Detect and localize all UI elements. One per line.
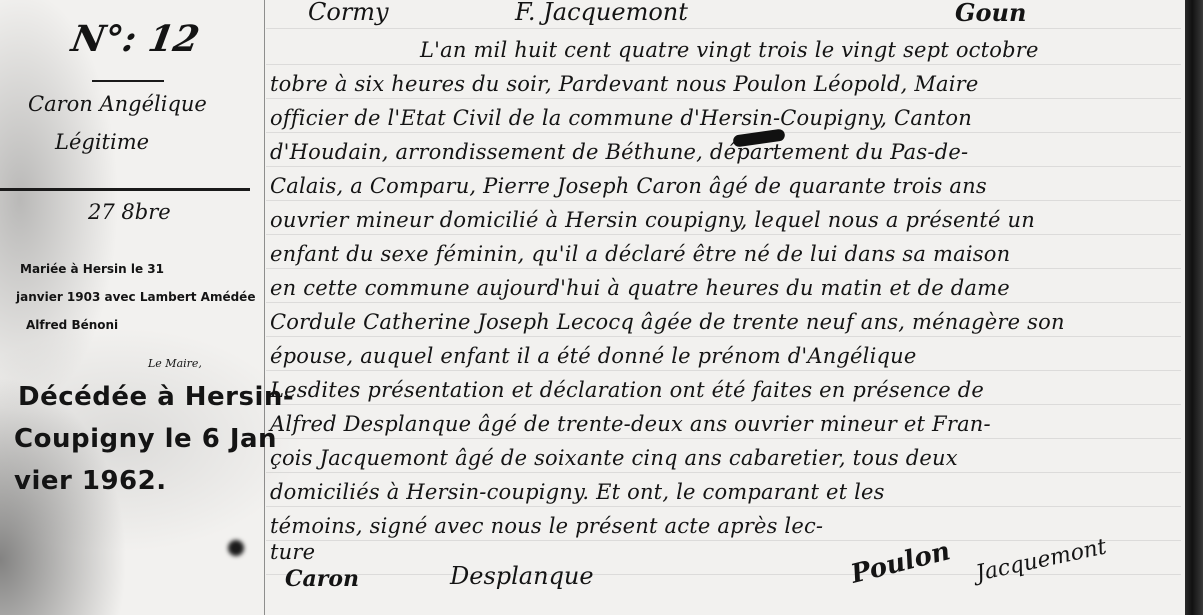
body-line-1: L'an mil huit cent quatre vingt trois le… [420, 38, 1039, 62]
child-name: Caron Angélique [28, 92, 207, 116]
body-line-9: Cordule Catherine Joseph Lecocq âgée de … [270, 310, 1065, 334]
top-signature-goun: Goun [955, 0, 1026, 27]
body-line-3: officier de l'Etat Civil de la commune d… [270, 106, 972, 130]
marriage-note-line: Alfred Bénoni [26, 318, 118, 332]
ruled-line [266, 200, 1181, 201]
entry-number: N°: 12 [68, 18, 202, 60]
ruled-line [266, 370, 1181, 371]
signature-jacquemont: Jacquemont [974, 534, 1109, 586]
ruled-line [266, 234, 1181, 235]
entry-number-underline [92, 80, 164, 82]
ruled-line [266, 268, 1181, 269]
ruled-line [266, 574, 1181, 575]
top-signature-jacquemont: F. Jacquemont [515, 0, 688, 26]
body-line-10: épouse, auquel enfant il a été donné le … [270, 344, 917, 368]
body-line-11: Lesdites présentation et déclaration ont… [270, 378, 984, 402]
ruled-line [266, 28, 1181, 29]
signature-desplanque: Desplanque [450, 562, 594, 590]
body-line-6: ouvrier mineur domicilié à Hersin coupig… [270, 208, 1035, 232]
top-signature-cormy: Cormy [308, 0, 389, 26]
body-line-4: d'Houdain, arrondissement de Béthune, dé… [270, 140, 968, 164]
body-line-12: Alfred Desplanque âgé de trente-deux ans… [270, 412, 991, 436]
scanned-register-page: Cormy F. Jacquemont Goun N°: 12 Caron An… [0, 0, 1203, 615]
ruled-line [266, 472, 1181, 473]
marriage-note-line: janvier 1903 avec Lambert Amédée [16, 290, 255, 304]
ruled-line [266, 404, 1181, 405]
ruled-line [266, 336, 1181, 337]
death-note-line: Coupigny le 6 Jan [14, 424, 277, 454]
ink-blot [228, 540, 244, 556]
page-binding-edge [1185, 0, 1203, 615]
ruled-line [266, 438, 1181, 439]
body-line-16: ture [270, 540, 315, 564]
death-note-line: Décédée à Hersin- [18, 382, 294, 412]
marriage-note-line: Mariée à Hersin le 31 [20, 262, 164, 276]
signature-caron: Caron [285, 566, 359, 592]
signature-poulon: Poulon [848, 536, 953, 590]
ruled-line [266, 98, 1181, 99]
ruled-line [266, 166, 1181, 167]
marriage-note-signature: Le Maire, [148, 357, 202, 370]
ruled-line [266, 540, 1181, 541]
body-line-2: tobre à six heures du soir, Pardevant no… [270, 72, 979, 96]
ruled-line [266, 64, 1181, 65]
legitimacy-status: Légitime [55, 130, 149, 154]
body-line-7: enfant du sexe féminin, qu'il a déclaré … [270, 242, 1010, 266]
body-line-15: témoins, signé avec nous le présent acte… [270, 514, 823, 538]
margin-divider [0, 188, 250, 191]
body-line-8: en cette commune aujourd'hui à quatre he… [270, 276, 1010, 300]
death-note-line: vier 1962. [14, 466, 167, 496]
ruled-line [266, 132, 1181, 133]
ruled-line [266, 506, 1181, 507]
margin-column-rule [264, 0, 265, 615]
entry-date-abbrev: 27 8bre [88, 200, 171, 224]
ruled-line [266, 302, 1181, 303]
body-line-5: Calais, a Comparu, Pierre Joseph Caron â… [270, 174, 987, 198]
body-line-14: domiciliés à Hersin-coupigny. Et ont, le… [270, 480, 885, 504]
body-line-13: çois Jacquemont âgé de soixante cinq ans… [270, 446, 958, 470]
